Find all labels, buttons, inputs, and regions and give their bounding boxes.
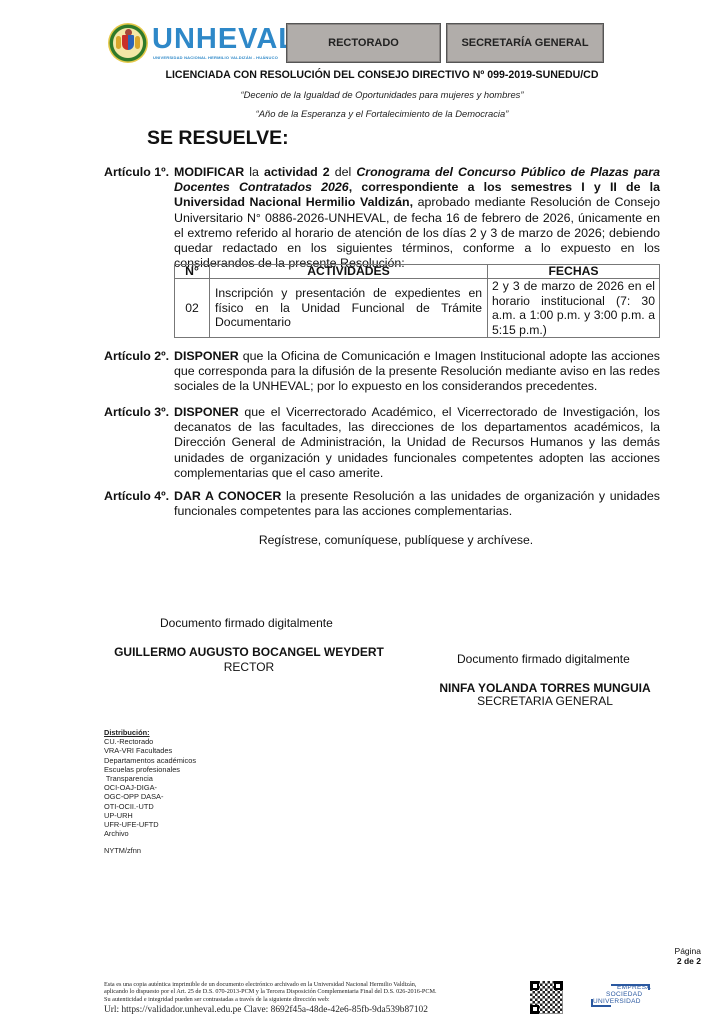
closing-formula: Regístrese, comuníquese, publíquese y ar… (0, 533, 728, 547)
authenticity-line-3: Su autenticidad e integridad pueden ser … (104, 996, 524, 1003)
seal-lion-right-icon (135, 36, 140, 49)
motto-year: “Año de la Esperanza y el Fortalecimient… (0, 108, 728, 119)
brand-line-2: SOCIEDAD (606, 991, 642, 998)
article-1-text: la (244, 165, 264, 179)
license-line: LICENCIADA CON RESOLUCIÓN DEL CONSEJO DI… (0, 69, 728, 81)
header-box-rectorado: RECTORADO (286, 23, 441, 63)
col-header-num: N° (175, 265, 210, 279)
brand-logo: EMPRESA SOCIEDAD UNIVERSIDAD (591, 984, 653, 1010)
qr-code-icon (530, 981, 563, 1014)
table-row: 02 Inscripción y presentación de expedie… (175, 279, 660, 338)
article-2-body: DISPONER que la Oficina de Comunicación … (174, 349, 660, 395)
cell-num: 02 (175, 279, 210, 338)
authenticity-line-1: Esta es una copia auténtica imprimible d… (104, 981, 524, 988)
article-1-body: MODIFICAR la actividad 2 del Cronograma … (174, 165, 660, 271)
qr-finder-icon (554, 982, 562, 990)
signature-1-name: GUILLERMO AUGUSTO BOCANGEL WEYDERT (100, 645, 398, 659)
signature-1-role: RECTOR (100, 660, 398, 674)
reference-initials: NYTM/zfnn (104, 846, 141, 855)
article-1-text: del (330, 165, 357, 179)
brand-line-3: UNIVERSIDAD (593, 998, 641, 1005)
distribution-title: Distribución: (104, 728, 196, 737)
authenticity-note: Esta es una copia auténtica imprimible d… (104, 981, 524, 1003)
resolution-heading: SE RESUELVE: (147, 127, 289, 150)
article-2-label: Artículo 2º. (104, 349, 169, 363)
university-seal-logo (108, 23, 148, 63)
distribution-item: OGC-OPP DASA- (104, 792, 196, 801)
article-2-text: que la Oficina de Comunicación e Imagen … (174, 349, 660, 393)
article-4-verb: DAR A CONOCER (174, 489, 281, 503)
validation-url: Url: https://validador.unheval.edu.pe Cl… (104, 1005, 428, 1015)
article-4-label: Artículo 4º. (104, 489, 169, 503)
article-3-body: DISPONER que el Vicerrectorado Académico… (174, 405, 660, 481)
brand-line-1: EMPRESA (617, 984, 651, 991)
signature-2-name: NINFA YOLANDA TORRES MUNGUIA (420, 681, 670, 695)
qr-finder-icon (531, 982, 539, 990)
article-1-label: Artículo 1º. (104, 165, 169, 179)
distribution-item: OCI-OAJ-DIGA- (104, 783, 196, 792)
table-header-row: N° ACTIVIDADES FECHAS (175, 265, 660, 279)
distribution-item: UP-URH (104, 811, 196, 820)
distribution-list: Distribución: CU.-RectoradoVRA-VRI Facul… (104, 728, 196, 838)
distribution-item: Departamentos académicos (104, 756, 196, 765)
logo-wordmark: UNHEVAL (152, 24, 297, 54)
seal-lion-left-icon (116, 36, 121, 49)
article-1-verb: MODIFICAR (174, 165, 244, 179)
page-label: Página (663, 946, 701, 956)
qr-finder-icon (531, 1005, 539, 1013)
header-box-secretaria: SECRETARÍA GENERAL (446, 23, 604, 63)
signature-2-role: SECRETARIA GENERAL (420, 694, 670, 708)
article-4-body: DAR A CONOCER la presente Resolución a l… (174, 489, 660, 519)
article-3-label: Artículo 3º. (104, 405, 169, 419)
logo-subtitle: UNIVERSIDAD NACIONAL HERMILIO VALDIZÁN -… (153, 55, 278, 60)
distribution-item: Archivo (104, 829, 196, 838)
brand-bar-icon (591, 1005, 611, 1007)
motto-decade: “Decenio de la Igualdad de Oportunidades… (0, 89, 728, 100)
article-1-activity: actividad 2 (264, 165, 330, 179)
distribution-item: Transparencia (104, 774, 196, 783)
signature-2-note: Documento firmado digitalmente (457, 652, 630, 666)
col-header-activities: ACTIVIDADES (210, 265, 488, 279)
distribution-item: VRA-VRI Facultades (104, 746, 196, 755)
cell-date: 2 y 3 de marzo de 2026 en el horario ins… (488, 279, 660, 338)
col-header-dates: FECHAS (488, 265, 660, 279)
distribution-item: Escuelas profesionales (104, 765, 196, 774)
signature-1-note: Documento firmado digitalmente (160, 616, 333, 630)
article-3-text: que el Vicerrectorado Académico, el Vice… (174, 405, 660, 480)
distribution-item: OTI-OCII.-UTD (104, 802, 196, 811)
authenticity-line-2: aplicando lo dispuesto por el Art. 25 de… (104, 988, 524, 995)
schedule-table: N° ACTIVIDADES FECHAS 02 Inscripción y p… (174, 264, 660, 338)
seal-shield-icon (122, 35, 134, 50)
page-indicator: Página 2 de 2 (663, 946, 701, 966)
article-3-verb: DISPONER (174, 405, 239, 419)
distribution-item: CU.-Rectorado (104, 737, 196, 746)
brand-bar-icon (591, 999, 593, 1006)
distribution-item: UFR-UFE-UFTD (104, 820, 196, 829)
cell-activity: Inscripción y presentación de expediente… (210, 279, 488, 338)
article-2-verb: DISPONER (174, 349, 239, 363)
page-number: 2 de 2 (663, 956, 701, 966)
